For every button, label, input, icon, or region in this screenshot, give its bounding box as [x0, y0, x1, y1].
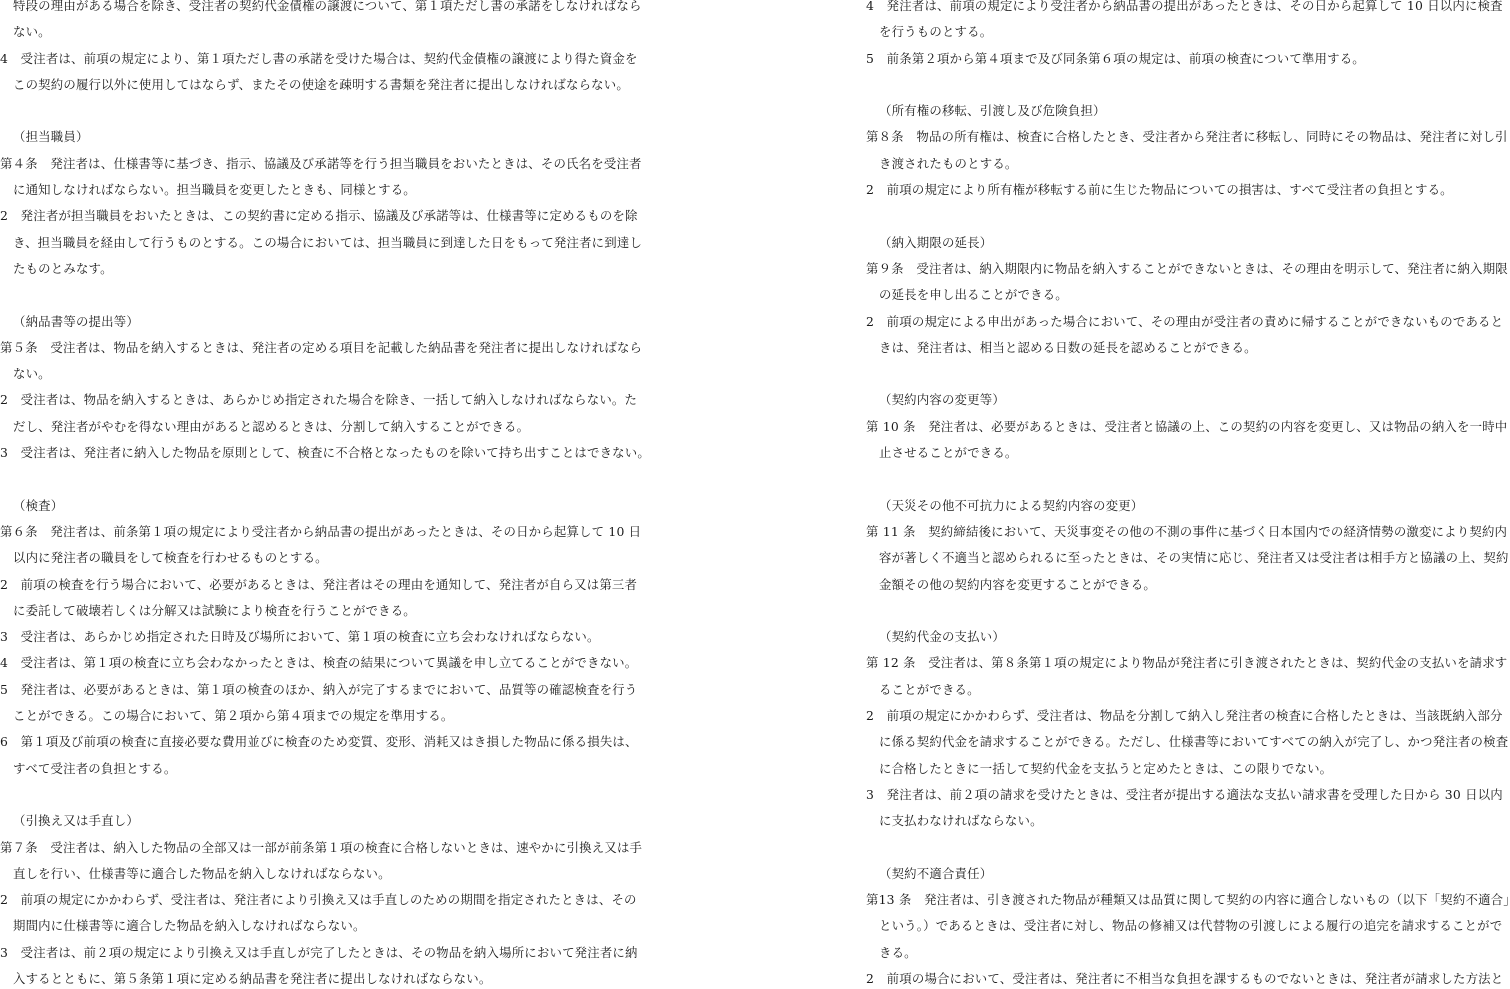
continuation-line: 止させることができる。 [866, 440, 1510, 466]
article-heading: （契約内容の変更等） [866, 387, 1510, 413]
paragraph-line: 6 第１項及び前項の検査に直接必要な費用並びに検査のため変質、変形、消耗又はき損… [0, 729, 650, 755]
paragraph-line: 3 受注者は、あらかじめ指定された日時及び場所において、第１項の検査に立ち会わな… [0, 624, 650, 650]
paragraph-line: 2 前項の検査を行う場合において、必要があるときは、発注者はその理由を通知して、… [0, 572, 650, 598]
paragraph-line: 第 11 条 契約締結後において、天災事変その他の不測の事件に基づく日本国内での… [866, 519, 1510, 545]
paragraph-line: 2 前項の規定による申出があった場合において、その理由が受注者の責めに帰すること… [866, 309, 1510, 335]
continuation-line: に支払わなければならない。 [866, 808, 1510, 834]
paragraph-line: 5 発注者は、必要があるときは、第１項の検査のほか、納入が完了するまでにおいて、… [0, 677, 650, 703]
blank-line [0, 98, 650, 124]
paragraph-line: 第 12 条 受注者は、第８条第１項の規定により物品が発注者に引き渡されたときは… [866, 650, 1510, 676]
continuation-line: に係る契約代金を請求することができる。ただし、仕様書等においてすべての納入が完了… [866, 729, 1510, 755]
article-heading: （担当職員） [0, 124, 650, 150]
continuation-line: 期間内に仕様書等に適合した物品を納入しなければならない。 [0, 913, 650, 939]
continuation-line: という。）であるときは、受注者に対し、物品の修補又は代替物の引渡しによる履行の追… [866, 913, 1510, 939]
blank-line [0, 466, 650, 492]
article-heading: （契約代金の支払い） [866, 624, 1510, 650]
left-column: 特段の理由がある場合を除き、受注者の契約代金債権の譲渡について、第１項ただし書の… [0, 0, 650, 989]
continuation-line: たものとみなす。 [0, 256, 650, 282]
article-heading: （所有権の移転、引渡し及び危険負担） [866, 98, 1510, 124]
continuation-line: 直しを行い、仕様書等に適合した物品を納入しなければならない。 [0, 861, 650, 887]
paragraph-line: 第６条 発注者は、前条第１項の規定により受注者から納品書の提出があったときは、そ… [0, 519, 650, 545]
paragraph-line: 第８条 物品の所有権は、検査に合格したとき、受注者から発注者に移転し、同時にその… [866, 124, 1510, 150]
continuation-line: 容が著しく不適当と認められるに至ったときは、その実情に応じ、発注者又は受注者は相… [866, 545, 1510, 571]
paragraph-line: 4 発注者は、前項の規定により受注者から納品書の提出があったときは、その日から起… [866, 0, 1510, 19]
blank-line [866, 466, 1510, 492]
article-heading: （納品書等の提出等） [0, 309, 650, 335]
continuation-line: を行うものとする。 [866, 19, 1510, 45]
paragraph-line: 第４条 発注者は、仕様書等に基づき、指示、協議及び承諾等を行う担当職員をおいたと… [0, 151, 650, 177]
blank-line [0, 282, 650, 308]
paragraph-line: 4 受注者は、第１項の検査に立ち会わなかったときは、検査の結果について異議を申し… [0, 650, 650, 676]
paragraph-line: 2 受注者は、物品を納入するときは、あらかじめ指定された場合を除き、一括して納入… [0, 387, 650, 413]
paragraph-line: 2 前項の場合において、受注者は、発注者に不相当な負担を課するものでないときは、… [866, 966, 1510, 989]
blank-line [866, 72, 1510, 98]
paragraph-line: 2 前項の規定により所有権が移転する前に生じた物品についての損害は、すべて受注者… [866, 177, 1510, 203]
blank-line [0, 782, 650, 808]
continuation-line: き、担当職員を経由して行うものとする。この場合においては、担当職員に到達した日を… [0, 230, 650, 256]
blank-line [866, 203, 1510, 229]
continuation-line: に委託して破壊若しくは分解又は試験により検査を行うことができる。 [0, 598, 650, 624]
continuation-line: 以内に発注者の職員をして検査を行わせるものとする。 [0, 545, 650, 571]
paragraph-line: 2 前項の規定にかかわらず、受注者は、物品を分割して納入し発注者の検査に合格した… [866, 703, 1510, 729]
continuation-line: ない。 [0, 361, 650, 387]
right-column: 4 発注者は、前項の規定により受注者から納品書の提出があったときは、その日から起… [866, 0, 1510, 989]
continuation-line: に通知しなければならない。担当職員を変更したときも、同様とする。 [0, 177, 650, 203]
article-heading: （引換え又は手直し） [0, 808, 650, 834]
continuation-line: ない。 [0, 19, 650, 45]
paragraph-line: 第７条 受注者は、納入した物品の全部又は一部が前条第１項の検査に合格しないときは… [0, 835, 650, 861]
paragraph-line: 2 発注者が担当職員をおいたときは、この契約書に定める指示、協議及び承諾等は、仕… [0, 203, 650, 229]
continuation-line: ことができる。この場合において、第２項から第４項までの規定を準用する。 [0, 703, 650, 729]
paragraph-line: 第13 条 発注者は、引き渡された物品が種類又は品質に関して契約の内容に適合しな… [866, 887, 1510, 913]
continuation-line: 入するとともに、第５条第１項に定める納品書を発注者に提出しなければならない。 [0, 966, 650, 989]
continuation-line: 金額その他の契約内容を変更することができる。 [866, 572, 1510, 598]
blank-line [866, 835, 1510, 861]
article-heading: （検査） [0, 493, 650, 519]
blank-line [866, 598, 1510, 624]
continuation-line: きる。 [866, 940, 1510, 966]
continuation-line: に合格したときに一括して契約代金を支払うと定めたときは、この限りでない。 [866, 756, 1510, 782]
paragraph-line: 第 10 条 発注者は、必要があるときは、受注者と協議の上、この契約の内容を変更… [866, 414, 1510, 440]
article-heading: （天災その他不可抗力による契約内容の変更） [866, 493, 1510, 519]
paragraph-line: 4 受注者は、前項の規定により、第１項ただし書の承諾を受けた場合は、契約代金債権… [0, 46, 650, 72]
paragraph-line: 3 受注者は、前２項の規定により引換え又は手直しが完了したときは、その物品を納入… [0, 940, 650, 966]
paragraph-line: 2 前項の規定にかかわらず、受注者は、発注者により引換え又は手直しのための期間を… [0, 887, 650, 913]
paragraph-line: 5 前条第２項から第４項まで及び同条第６項の規定は、前項の検査について準用する。 [866, 46, 1510, 72]
continuation-line: の延長を申し出ることができる。 [866, 282, 1510, 308]
article-heading: （納入期限の延長） [866, 230, 1510, 256]
paragraph-line: 第５条 受注者は、物品を納入するときは、発注者の定める項目を記載した納品書を発注… [0, 335, 650, 361]
continuation-line: きは、発注者は、相当と認める日数の延長を認めることができる。 [866, 335, 1510, 361]
continuation-line: 特段の理由がある場合を除き、受注者の契約代金債権の譲渡について、第１項ただし書の… [0, 0, 650, 19]
article-heading: （契約不適合責任） [866, 861, 1510, 887]
continuation-line: すべて受注者の負担とする。 [0, 756, 650, 782]
paragraph-line: 3 発注者は、前２項の請求を受けたときは、受注者が提出する適法な支払い請求書を受… [866, 782, 1510, 808]
blank-line [866, 361, 1510, 387]
continuation-line: この契約の履行以外に使用してはならず、またその使途を疎明する書類を発注者に提出し… [0, 72, 650, 98]
continuation-line: ることができる。 [866, 677, 1510, 703]
paragraph-line: 3 受注者は、発注者に納入した物品を原則として、検査に不合格となったものを除いて… [0, 440, 650, 466]
paragraph-line: 第９条 受注者は、納入期限内に物品を納入することができないときは、その理由を明示… [866, 256, 1510, 282]
continuation-line: き渡されたものとする。 [866, 151, 1510, 177]
continuation-line: だし、発注者がやむを得ない理由があると認めるときは、分割して納入することができる… [0, 414, 650, 440]
